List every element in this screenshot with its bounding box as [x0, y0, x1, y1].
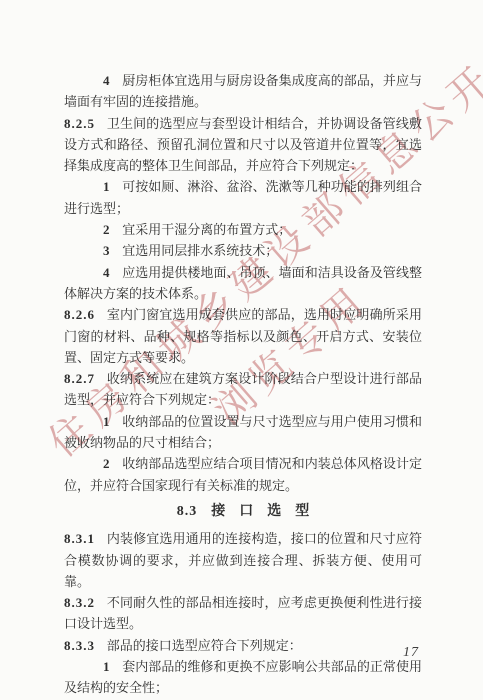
section-heading: 8.3接 口 选 型	[64, 501, 422, 522]
clause-number: 3	[103, 243, 111, 258]
paragraph-clause: 8.2.5卫生间的选型应与套型设计相结合，并协调设备管线敷设方式和路径、预留孔洞…	[64, 113, 422, 177]
clause-number: 8.3.1	[64, 531, 95, 546]
paragraph-text: 不同耐久性的部品相连接时，应考虑更换便利性进行接口设计选型。	[64, 595, 422, 631]
clause-number: 1	[103, 414, 111, 429]
clause-number: 8.3.2	[64, 595, 95, 610]
paragraph-item: 2宜采用干湿分离的布置方式；	[64, 219, 422, 240]
paragraph-item: 4应选用提供楼地面、吊顶、墙面和洁具设备及管线整体解决方案的技术体系。	[64, 262, 422, 305]
paragraph-clause: 8.2.7收纳系统应在建筑方案设计阶段结合户型设计进行部品选型，并应符合下列规定…	[64, 368, 422, 411]
paragraph-text: 收纳系统应在建筑方案设计阶段结合户型设计进行部品选型，并应符合下列规定：	[64, 371, 422, 407]
clause-number: 8.3.3	[64, 638, 95, 653]
paragraph-item: 1套内部品的维修和更换不应影响公共部品的正常使用及结构的安全性；	[64, 656, 422, 699]
clause-number: 8.2.6	[64, 307, 95, 322]
paragraph-text: 卫生间的选型应与套型设计相结合，并协调设备管线敷设方式和路径、预留孔洞位置和尺寸…	[64, 116, 422, 174]
paragraph-text: 部品的接口选型应符合下列规定：	[107, 638, 302, 653]
paragraph-text: 厨房柜体宜选用与厨房设备集成度高的部品，并应与墙面有牢固的连接措施。	[64, 73, 422, 109]
paragraph-text: 室内门窗宜选用成套供应的部品，选用时应明确所采用门窗的材料、品种、规格等指标以及…	[64, 307, 422, 365]
clause-number: 4	[103, 73, 111, 88]
document-page: 住房和城乡建设部信息公开 浏览专用 4厨房柜体宜选用与厨房设备集成度高的部品，并…	[0, 0, 483, 700]
clause-number: 2	[103, 456, 111, 471]
paragraph-text: 内装修宜选用通用的连接构造，接口的位置和尺寸应符合模数协调的要求，并应做到连接合…	[64, 531, 422, 589]
section-number: 8.3	[177, 504, 198, 519]
paragraph-text: 接 口 选 型	[211, 504, 309, 519]
paragraph-clause: 8.3.1内装修宜选用通用的连接构造，接口的位置和尺寸应符合模数协调的要求，并应…	[64, 528, 422, 592]
paragraph-text: 收纳部品选型应结合项目情况和内装总体风格设计定位，并应符合国家现行有关标准的规定…	[64, 456, 422, 492]
paragraph-text: 宜采用干湿分离的布置方式；	[122, 222, 291, 237]
paragraph-text: 套内部品的维修和更换不应影响公共部品的正常使用及结构的安全性；	[64, 659, 422, 695]
paragraph-clause: 8.2.6室内门窗宜选用成套供应的部品，选用时应明确所采用门窗的材料、品种、规格…	[64, 304, 422, 368]
clause-number: 8.2.5	[64, 116, 95, 131]
clause-number: 8.2.7	[64, 371, 95, 386]
paragraph-item: 1收纳部品的位置设置与尺寸选型应与用户使用习惯和被收纳物品的尺寸相结合；	[64, 411, 422, 454]
paragraph-text: 应选用提供楼地面、吊顶、墙面和洁具设备及管线整体解决方案的技术体系。	[64, 265, 422, 301]
page-number: 17	[403, 645, 419, 661]
paragraph-item: 3宜选用同层排水系统技术；	[64, 240, 422, 261]
paragraph-clause: 8.3.2不同耐久性的部品相连接时，应考虑更换便利性进行接口设计选型。	[64, 592, 422, 635]
paragraph-text: 可按如厕、淋浴、盆浴、洗漱等几种功能的排列组合进行选型；	[64, 179, 422, 215]
clause-number: 1	[103, 659, 111, 674]
paragraph-text: 收纳部品的位置设置与尺寸选型应与用户使用习惯和被收纳物品的尺寸相结合；	[64, 414, 422, 450]
document-body: 4厨房柜体宜选用与厨房设备集成度高的部品，并应与墙面有牢固的连接措施。8.2.5…	[64, 70, 422, 699]
clause-number: 1	[103, 179, 111, 194]
paragraph-text: 宜选用同层排水系统技术；	[122, 243, 278, 258]
clause-number: 2	[103, 222, 111, 237]
paragraph-item: 4厨房柜体宜选用与厨房设备集成度高的部品，并应与墙面有牢固的连接措施。	[64, 70, 422, 113]
clause-number: 4	[103, 265, 111, 280]
paragraph-item: 1可按如厕、淋浴、盆浴、洗漱等几种功能的排列组合进行选型；	[64, 176, 422, 219]
paragraph-clause: 8.3.3部品的接口选型应符合下列规定：	[64, 635, 422, 656]
paragraph-item: 2收纳部品选型应结合项目情况和内装总体风格设计定位，并应符合国家现行有关标准的规…	[64, 453, 422, 496]
